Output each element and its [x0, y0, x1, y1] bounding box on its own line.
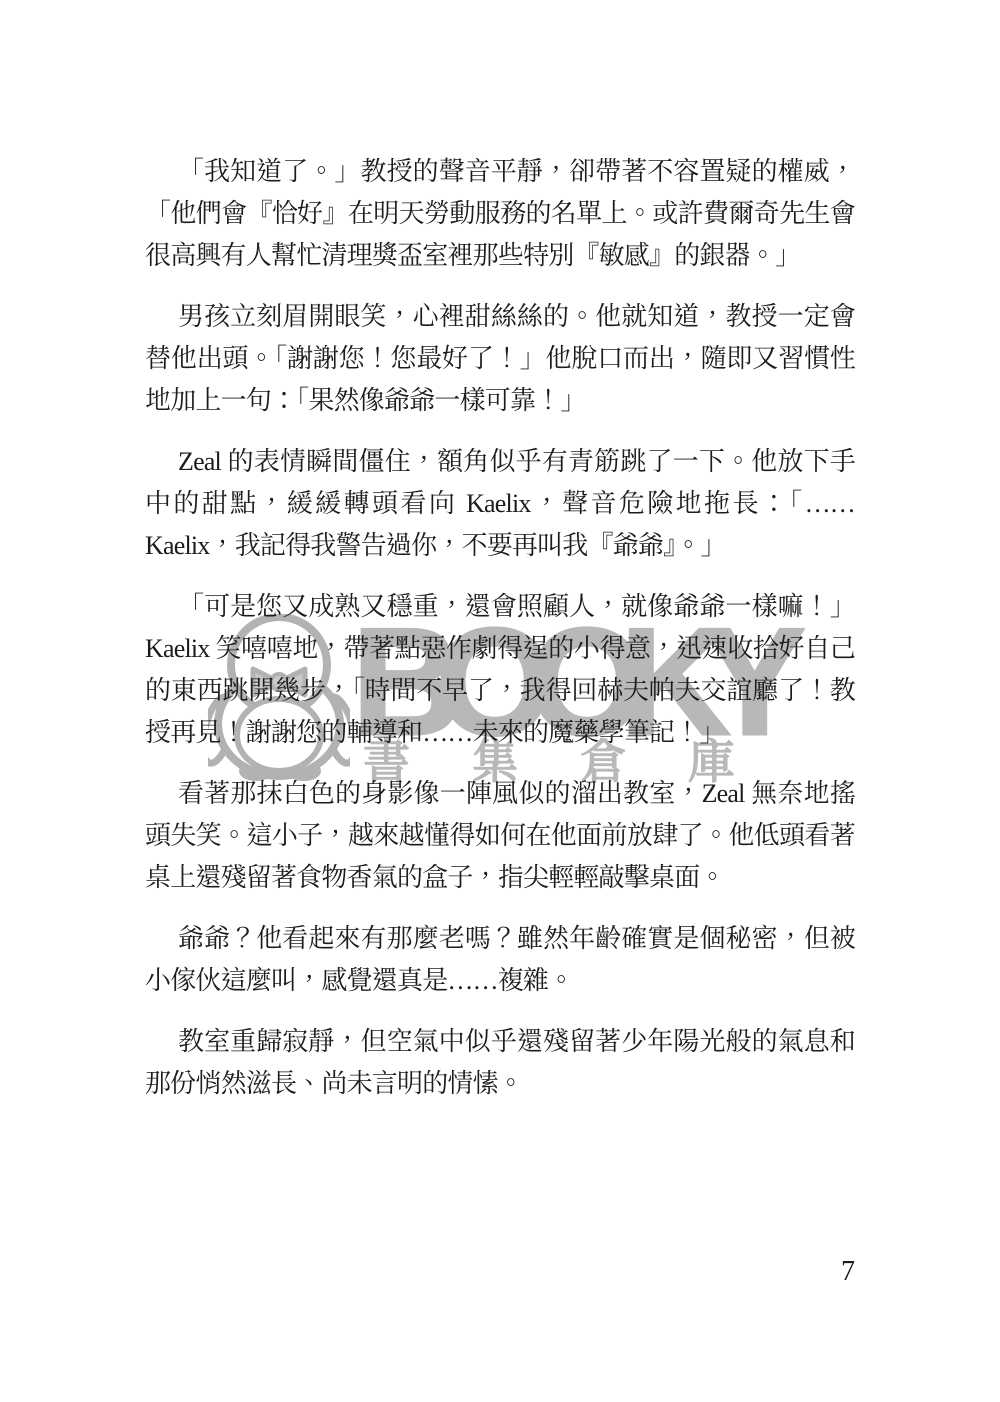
- paragraph: 教室重歸寂靜，但空氣中似乎還殘留著少年陽光般的氣息和那份悄然滋長、尚未言明的情愫…: [145, 1021, 855, 1105]
- paragraph: Zeal 的表情瞬間僵住，額角似乎有青筋跳了一下。他放下手中的甜點，緩緩轉頭看向…: [145, 441, 855, 567]
- paragraph: 男孩立刻眉開眼笑，心裡甜絲絲的。他就知道，教授一定會替他出頭。「謝謝您！您最好了…: [145, 296, 855, 422]
- paragraph: 爺爺？他看起來有那麼老嗎？雖然年齡確實是個秘密，但被小傢伙這麼叫，感覺還真是………: [145, 918, 855, 1002]
- page-text: 「我知道了。」教授的聲音平靜，卻帶著不容置疑的權威，「他們會『恰好』在明天勞動服…: [145, 151, 855, 1124]
- page-number: 7: [828, 1253, 868, 1291]
- paragraph: 「可是您又成熟又穩重，還會照顧人，就像爺爺一樣嘛！」Kaelix 笑嘻嘻地，帶著…: [145, 586, 855, 754]
- paragraph: 看著那抹白色的身影像一陣風似的溜出教室，Zeal 無奈地搖頭失笑。這小子，越來越…: [145, 773, 855, 899]
- paragraph: 「我知道了。」教授的聲音平靜，卻帶著不容置疑的權威，「他們會『恰好』在明天勞動服…: [145, 151, 855, 277]
- book-page: BOOKY 書集倉庫 「我知道了。」教授的聲音平靜，卻帶著不容置疑的權威，「他們…: [0, 0, 1000, 1402]
